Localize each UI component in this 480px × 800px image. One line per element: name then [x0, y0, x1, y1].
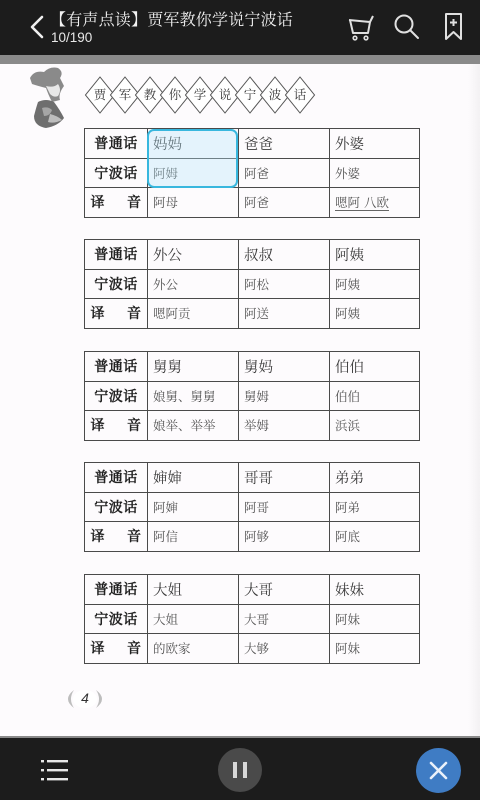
word-cell[interactable]: 舅妈	[239, 352, 330, 382]
word-cell[interactable]: 阿妹	[330, 604, 420, 634]
top-bar: 【有声点读】贾军教你学说宁波话 10/190	[0, 0, 480, 55]
word-cell[interactable]: 阿送	[239, 299, 330, 329]
table-row-mandarin: 普通话 妈妈 爸爸 外婆	[85, 129, 420, 159]
word-cell[interactable]: 阿母	[148, 188, 239, 218]
word-cell[interactable]: 阿爸	[239, 158, 330, 188]
row-header: 普通话	[85, 352, 148, 382]
table-row-ningbo: 宁波话 阿姆 阿爸 外婆	[85, 158, 420, 188]
page-indicator: 10/190	[51, 30, 92, 45]
word-cell[interactable]: 外公	[148, 269, 239, 299]
mascot-illustration-icon	[24, 64, 70, 132]
row-header: 普通话	[85, 463, 148, 493]
word-cell[interactable]: 阿信	[148, 522, 239, 552]
table-row-pronunciation: 译音 阿母 阿爸 嗯阿 八欧	[85, 188, 420, 218]
banner-kite: 说	[211, 74, 236, 116]
word-cell[interactable]: 的欧家	[148, 634, 239, 664]
word-cell[interactable]: 阿姨	[330, 299, 420, 329]
page-number-badge: 4	[60, 688, 110, 710]
word-cell[interactable]: 阿妹	[330, 634, 420, 664]
table-row-ningbo: 宁波话 阿婶 阿哥 阿弟	[85, 492, 420, 522]
table-row-mandarin: 普通话 舅舅 舅妈 伯伯	[85, 352, 420, 382]
word-cell[interactable]: 嗯阿贡	[148, 299, 239, 329]
word-cell[interactable]: 伯伯	[330, 352, 420, 382]
word-cell[interactable]: 大姐	[148, 575, 239, 605]
word-cell[interactable]: 阿婶	[148, 492, 239, 522]
row-header: 译音	[85, 299, 148, 329]
back-button[interactable]	[26, 12, 50, 42]
word-cell[interactable]: 嗯阿 八欧	[330, 188, 420, 218]
vocab-table: 普通话 妈妈 爸爸 外婆 宁波话 阿姆 阿爸 外婆 译音 阿母 阿爸 嗯阿 八欧	[84, 128, 420, 218]
book-page[interactable]: 贾 军 教 你 学 说 宁 波 话 普通话 妈妈 爸爸 外婆 宁波话 阿姆 阿爸…	[0, 64, 480, 736]
word-cell[interactable]: 阿松	[239, 269, 330, 299]
word-cell[interactable]: 阿弟	[330, 492, 420, 522]
word-cell[interactable]: 阿底	[330, 522, 420, 552]
word-cell[interactable]: 舅姆	[239, 381, 330, 411]
banner-kite: 你	[161, 74, 186, 116]
word-cell[interactable]: 大哥	[239, 575, 330, 605]
table-row-pronunciation: 译音 的欧家 大够 阿妹	[85, 634, 420, 664]
word-cell[interactable]: 阿爸	[239, 188, 330, 218]
word-cell[interactable]: 阿够	[239, 522, 330, 552]
search-button[interactable]	[392, 12, 422, 42]
word-cell[interactable]: 举姆	[239, 411, 330, 441]
word-cell[interactable]: 舅舅	[148, 352, 239, 382]
vocab-table: 普通话 舅舅 舅妈 伯伯 宁波话 娘舅、舅舅 舅姆 伯伯 译音 娘举、举举 举姆…	[84, 351, 420, 441]
word-cell[interactable]: 爸爸	[239, 129, 330, 159]
banner-kite: 宁	[236, 74, 261, 116]
word-cell[interactable]: 娘舅、舅舅	[148, 381, 239, 411]
cart-icon	[346, 12, 376, 42]
bottom-bar	[0, 736, 480, 800]
read-aloud-highlight[interactable]	[147, 129, 238, 188]
back-chevron-icon	[26, 12, 50, 42]
row-header: 宁波话	[85, 492, 148, 522]
vocab-table: 普通话 婶婶 哥哥 弟弟 宁波话 阿婶 阿哥 阿弟 译音 阿信 阿够 阿底	[84, 462, 420, 552]
row-header: 普通话	[85, 575, 148, 605]
row-header: 普通话	[85, 240, 148, 270]
word-cell[interactable]: 外婆	[330, 129, 420, 159]
word-cell[interactable]: 大哥	[239, 604, 330, 634]
table-row-pronunciation: 译音 嗯阿贡 阿送 阿姨	[85, 299, 420, 329]
row-header: 宁波话	[85, 158, 148, 188]
cart-button[interactable]	[346, 12, 376, 42]
word-cell[interactable]: 大姐	[148, 604, 239, 634]
add-bookmark-button[interactable]	[440, 12, 470, 42]
vocab-table: 普通话 外公 叔叔 阿姨 宁波话 外公 阿松 阿姨 译音 嗯阿贡 阿送 阿姨	[84, 239, 420, 329]
word-cell[interactable]: 哥哥	[239, 463, 330, 493]
banner-kite: 话	[286, 74, 311, 116]
word-cell[interactable]: 阿哥	[239, 492, 330, 522]
book-title: 【有声点读】贾军教你学说宁波话	[50, 7, 293, 30]
bookmark-add-icon	[440, 12, 470, 42]
row-header: 宁波话	[85, 604, 148, 634]
row-header: 译音	[85, 411, 148, 441]
page-number: 4	[60, 690, 110, 706]
row-header: 译音	[85, 522, 148, 552]
word-cell[interactable]: 浜浜	[330, 411, 420, 441]
banner-kite: 教	[136, 74, 161, 116]
close-icon	[416, 748, 461, 793]
word-cell[interactable]: 婶婶	[148, 463, 239, 493]
banner-kite: 军	[111, 74, 136, 116]
search-icon	[392, 12, 422, 42]
table-row-ningbo: 宁波话 大姐 大哥 阿妹	[85, 604, 420, 634]
word-cell[interactable]: 娘举、举举	[148, 411, 239, 441]
row-header: 宁波话	[85, 381, 148, 411]
table-row-mandarin: 普通话 外公 叔叔 阿姨	[85, 240, 420, 270]
word-cell[interactable]: 伯伯	[330, 381, 420, 411]
word-cell[interactable]: 阿姨	[330, 240, 420, 270]
pause-button[interactable]	[218, 748, 262, 792]
page-top-shadow	[0, 55, 480, 64]
table-of-contents-button[interactable]	[40, 758, 70, 782]
word-cell[interactable]: 阿姨	[330, 269, 420, 299]
table-row-pronunciation: 译音 阿信 阿够 阿底	[85, 522, 420, 552]
word-cell[interactable]: 外婆	[330, 158, 420, 188]
table-row-ningbo: 宁波话 娘舅、舅舅 舅姆 伯伯	[85, 381, 420, 411]
banner-kite: 波	[261, 74, 286, 116]
vocab-table: 普通话 大姐 大哥 妹妹 宁波话 大姐 大哥 阿妹 译音 的欧家 大够 阿妹	[84, 574, 420, 664]
row-header: 译音	[85, 188, 148, 218]
row-header: 普通话	[85, 129, 148, 159]
close-read-aloud-button[interactable]	[416, 748, 461, 793]
row-header: 译音	[85, 634, 148, 664]
word-cell[interactable]: 外公	[148, 240, 239, 270]
word-cell[interactable]: 弟弟	[330, 463, 420, 493]
table-row-mandarin: 普通话 婶婶 哥哥 弟弟	[85, 463, 420, 493]
table-of-contents-icon	[40, 758, 70, 782]
table-row-mandarin: 普通话 大姐 大哥 妹妹	[85, 575, 420, 605]
word-cell[interactable]: 妹妹	[330, 575, 420, 605]
page-edge	[468, 64, 480, 736]
table-row-pronunciation: 译音 娘举、举举 举姆 浜浜	[85, 411, 420, 441]
table-row-ningbo: 宁波话 外公 阿松 阿姨	[85, 269, 420, 299]
banner-kite: 贾	[86, 74, 111, 116]
chapter-banner: 贾 军 教 你 学 说 宁 波 话	[86, 74, 311, 116]
word-cell[interactable]: 叔叔	[239, 240, 330, 270]
banner-kite: 学	[186, 74, 211, 116]
row-header: 宁波话	[85, 269, 148, 299]
word-cell[interactable]: 大够	[239, 634, 330, 664]
